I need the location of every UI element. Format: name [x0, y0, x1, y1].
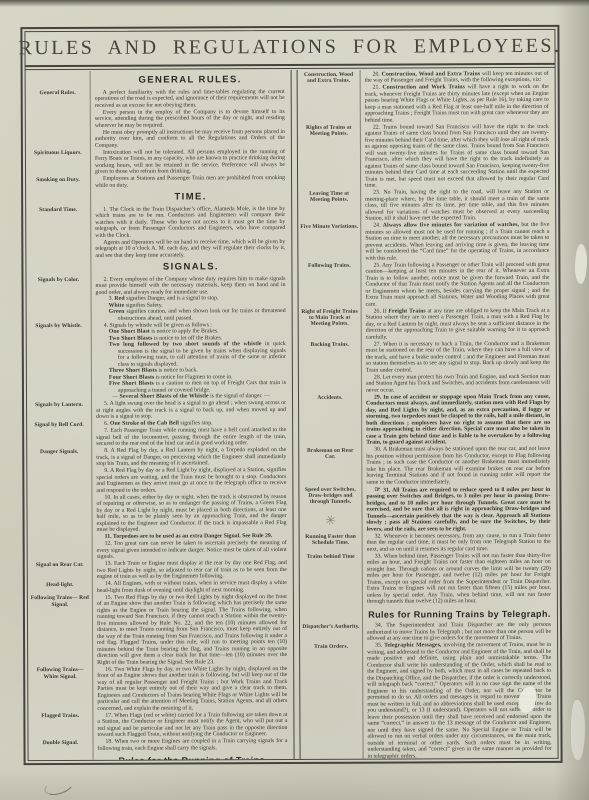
margin-label-cell: Backing Trains.: [299, 341, 361, 348]
rule-block: Two long followed by two short sounds of…: [27, 341, 292, 368]
rule-text: 7. Each Passenger Train while running mu…: [91, 427, 292, 447]
torn-edge-chip: [571, 700, 585, 760]
rule-text: GENERAL RULES.: [90, 71, 291, 89]
rule-text: 33. When behind time, Passenger Trains w…: [362, 552, 557, 605]
margin-label: Speed over Switches, Draw-bridges and th…: [301, 487, 359, 506]
margin-label-cell: Dispatcher’s Authority.: [300, 622, 362, 629]
margin-label: Following Trains— Red Signal.: [30, 595, 90, 608]
rule-block: Following Trains— White Signal. 16. Two …: [28, 665, 293, 712]
rule-text: 12. Too great care can never be taken to…: [92, 540, 293, 560]
margin-label: General Rules.: [28, 90, 88, 96]
rule-text: 8. A Red Flag by day, a Red Lantern by n…: [91, 447, 292, 467]
margin-label-cell: Danger Signals.: [27, 448, 91, 455]
rule-lead: Construction, Wood and Extra Trains: [382, 71, 481, 77]
rule-rest: is notice to apply the Brakes.: [150, 329, 219, 335]
rule-text: 25. Any Train following a Passenger or o…: [360, 261, 555, 307]
rule-rest: is the signal of danger. —: [209, 393, 270, 399]
margin-label: Signal on Rear Car.: [30, 562, 90, 568]
margin-label: Spirituous Liquors.: [28, 150, 88, 156]
rule-text: 34. The Superintendent and Train Dispatc…: [362, 622, 557, 642]
rule-text: 26. If Freight Trains at any time are ob…: [361, 307, 556, 340]
margin-label: Signals by Color.: [28, 277, 88, 283]
rule-rest: is notice to let off the Brakes.: [152, 335, 222, 341]
margin-label-cell: Smoking on Duty.: [26, 175, 90, 182]
pencil-scribble-mark: [42, 775, 75, 799]
rule-body: Rules for Running Trains by Telegraph.: [368, 608, 551, 619]
margin-label-cell: [27, 329, 91, 330]
rule-block: Accidents. 29. In case of accident or st…: [299, 393, 556, 447]
rule-text: 15. Two Red Flags by day or two Red Ligh…: [92, 594, 293, 666]
rule-lead: Freight Trains: [388, 308, 425, 314]
margin-label: Five Minute Variations.: [300, 223, 358, 229]
rule-rest: signifies Danger, and is a signal to sto…: [125, 295, 219, 301]
rule-lead: Two Short Blasts: [109, 335, 153, 341]
rule-body: 28. Let every man protect his own Train …: [366, 373, 550, 393]
rule-rest: is notice to back.: [157, 368, 198, 374]
rule-lead: Red: [114, 296, 124, 302]
page-title: RULES AND REGULATIONS FOR EMPLOYEES.: [18, 35, 561, 60]
rule-number: 26. If: [374, 308, 389, 314]
rule-text: Rules for Running Trains by Telegraph.: [362, 604, 557, 622]
margin-label-cell: [27, 428, 91, 429]
rule-block: Smoking on Duty. Employees at Stations a…: [26, 174, 291, 189]
margin-label: Backing Trains.: [301, 342, 359, 348]
rule-block: Backing Trains. 27. When it is necessary…: [299, 340, 556, 374]
rule-block: 21. Construction and Work Trains will ha…: [298, 83, 555, 124]
margin-label: Train Orders.: [302, 643, 360, 649]
rule-text: 27. When it is necessary to back a Train…: [361, 340, 556, 373]
rule-block: He must obey promptly all instructions h…: [26, 128, 291, 149]
rule-body: 18. When two or more Engines are coupled…: [98, 738, 288, 751]
left-column: GENERAL RULES. General Rules. A perfect …: [26, 70, 294, 760]
margin-label-cell: [28, 534, 92, 535]
margin-label-cell: [26, 72, 90, 73]
rule-text: 16. Two White Flags by day, or two White…: [92, 666, 293, 712]
margin-label: Following Trains.: [300, 263, 358, 269]
rule-text: 5. A light swung over the head is a sign…: [91, 400, 292, 420]
rule-lead: White: [109, 302, 125, 308]
rule-body: 8. A Red Flag by day, a Red Lantern by n…: [96, 447, 286, 467]
rule-text: 9. A Red Flag by day or a Red Light by n…: [91, 467, 292, 494]
margin-label-cell: Speed over Switches, Draw-bridges and th…: [299, 486, 361, 527]
rule-body: 10. In all cases, either by day or night…: [96, 494, 286, 533]
rule-body: SIGNALS.: [163, 261, 219, 272]
rule-body: Rules for the Running of Trains.: [118, 756, 267, 761]
rule-number: 20.: [373, 71, 382, 77]
margin-label-cell: [27, 309, 91, 310]
margin-label-cell: [26, 109, 90, 110]
rule-block: 10. In all cases, either by day or night…: [27, 493, 292, 534]
rule-block: TIME.: [26, 188, 291, 206]
rule-text: 10. In all cases, either by day or night…: [91, 494, 292, 534]
rule-number: 35.: [375, 643, 384, 649]
rule-block: Double Signal. 18. When two or more Engi…: [28, 738, 293, 753]
rule-block: Five Minute Variations. 24. Always allow…: [298, 221, 555, 262]
margin-label-cell: [27, 375, 91, 376]
margin-label: Leaving Time at Meeting Points.: [300, 190, 358, 203]
rule-text: 21. Construction and Work Trains will ha…: [360, 84, 555, 124]
margin-label-cell: [26, 239, 90, 240]
rule-text: 24. Always allow five minutes for variat…: [360, 222, 555, 262]
rule-block: 28. Let every man protect his own Train …: [299, 373, 556, 394]
rule-text: 20. Construction, Wood and Extra Trains …: [360, 70, 555, 84]
rule-block: Danger Signals. 8. A Red Flag by day, a …: [27, 447, 292, 468]
margin-label: Double Signal.: [31, 740, 91, 746]
rule-rest: signifies Safety.: [124, 302, 162, 308]
margin-label-cell: [27, 296, 91, 297]
right-column: Construction, Wood and Extra Trains. 20.…: [298, 69, 558, 759]
rule-text: TIME.: [90, 188, 291, 206]
margin-label: Flagged Trains.: [30, 713, 90, 719]
margin-label: Rights of Trains at Meeting Points.: [300, 125, 358, 138]
rule-body: A perfect familiarity with the rules and…: [95, 89, 285, 109]
margin-label-cell: Flagged Trains.: [28, 712, 92, 719]
rule-block: Brakeman on Rear Car. 30. A Brakeman mus…: [299, 445, 556, 486]
columns: GENERAL RULES. General Rules. A perfect …: [26, 69, 558, 760]
rule-block: Following Trains. 25. Any Train followin…: [298, 261, 555, 308]
rule-text: 30. A Brakeman must always be stationed …: [361, 446, 556, 486]
margin-label-cell: Trains behind Time: [300, 553, 362, 560]
rule-block: 9. A Red Flag by day or a Red Light by n…: [27, 467, 292, 495]
rule-text: Intoxication will not be tolerated. All …: [90, 149, 291, 176]
rule-text: 17. When Flags (red or white) carried fo…: [92, 712, 293, 739]
margin-label-cell: Signal on Rear Car.: [28, 561, 92, 568]
rule-number: 21.: [373, 85, 383, 91]
rule-text: Green signifies caution, and when shown …: [91, 308, 292, 322]
right-blocks: Construction, Wood and Extra Trains. 20.…: [298, 69, 558, 759]
rule-block: Green signifies caution, and when shown …: [27, 308, 292, 322]
rule-body: Agents and Operators will be on hand to …: [95, 239, 285, 259]
margin-label-cell: [27, 302, 91, 303]
margin-label-cell: Accidents.: [299, 394, 361, 401]
rule-body: 12. Too great care can never be taken to…: [97, 540, 287, 560]
rule-text: SIGNALS.: [90, 258, 291, 276]
margin-label: Construction, Wood and Extra Trains.: [300, 72, 358, 85]
rule-rest: signifies stop.: [179, 421, 213, 427]
rule-text: 14. All Engines, with or without trains,…: [92, 580, 293, 594]
margin-label-cell: Double Signal.: [28, 739, 92, 746]
rule-block: Agents and Operators will be on hand to …: [26, 238, 291, 259]
rule-body: 27. When it is necessary to back a Train…: [366, 340, 550, 373]
rule-block: Construction, Wood and Extra Trains. 20.…: [298, 70, 555, 85]
rule-lead: Telegraphic Messages,: [384, 642, 442, 648]
rule-body: 25. Any Train following a Passenger or o…: [365, 261, 549, 307]
rule-body: 22. Trains bound toward San Francisco wi…: [365, 123, 549, 188]
rule-block: Rights of Trains at Meeting Points. 22. …: [298, 123, 555, 190]
rule-body: 33. When behind time, Passenger Trains w…: [367, 552, 551, 604]
rule-block: Speed over Switches, Draw-bridges and th…: [299, 485, 556, 533]
margin-label-cell: [29, 752, 93, 753]
margin-label-cell: General Rules.: [26, 89, 90, 96]
rule-lead: One Short Blast: [109, 329, 150, 335]
rule-text: ☞ 31. All Trains are required to reduce …: [361, 485, 556, 532]
margin-label-cell: [27, 468, 91, 469]
rule-body: 30. A Brakeman must always be stationed …: [366, 446, 550, 485]
rule-text: 32. Whenever it becomes necessary, from …: [362, 532, 557, 552]
rule-block: Flagged Trains. 17. When Flags (red or w…: [28, 711, 293, 739]
rule-block: Running Faster than Schedule Time. 32. W…: [300, 532, 557, 553]
margin-label-cell: Following Trains— Red Signal.: [28, 594, 92, 608]
rule-block: Spirituous Liquors. Intoxication will no…: [26, 148, 291, 176]
rule-block: Every person in the employ of the Compan…: [26, 108, 291, 129]
rule-text: He must obey promptly all instructions h…: [90, 129, 291, 149]
margin-label-cell: [27, 342, 91, 343]
rule-block: 12. Too great care can never be taken to…: [28, 540, 293, 561]
margin-label: Running Faster than Schedule Time.: [302, 534, 360, 547]
margin-label: Accidents.: [301, 395, 359, 401]
margin-label-cell: Construction, Wood and Extra Trains.: [298, 71, 360, 85]
rule-body: 32. Whenever it becomes necessary, from …: [367, 532, 551, 552]
page-header: RULES AND REGULATIONS FOR EMPLOYEES.: [25, 30, 554, 65]
rule-body: 34. The Superintendent and Train Dispatc…: [367, 622, 551, 642]
margin-label-cell: Leaving Time at Meeting Points.: [298, 189, 360, 203]
margin-label-cell: Five Minute Variations.: [298, 222, 360, 229]
rule-block: SIGNALS.: [26, 258, 291, 276]
margin-label-cell: [300, 605, 362, 606]
rule-body: 9. A Red Flag by day or a Red Light by n…: [96, 467, 286, 493]
rule-body: 15. Two Red Flags by day or two Red Ligh…: [97, 594, 287, 666]
rule-block: Signals by Lantern. 5. A light swung ove…: [27, 400, 292, 421]
margin-label-cell: [27, 381, 91, 382]
rule-lead: Green: [109, 309, 125, 315]
rule-text: Agents and Operators will be on hand to …: [90, 238, 291, 258]
rule-text: Rules for the Running of Trains.: [93, 751, 294, 760]
rule-text: 28. Let every man protect his own Train …: [361, 373, 556, 393]
page-frame: RULES AND REGULATIONS FOR EMPLOYEES. GEN…: [20, 25, 562, 765]
rule-text: Employees at Stations and Passenger Trai…: [90, 175, 291, 189]
rule-body: 17. When Flags (red or white) carried fo…: [97, 712, 287, 738]
left-blocks: GENERAL RULES. General Rules. A perfect …: [26, 70, 294, 760]
margin-label-cell: Brakeman on Rear Car.: [299, 446, 361, 460]
rule-number: —: [112, 394, 119, 400]
rule-text: 1. The Clock in the Train Dispatcher’s o…: [90, 205, 291, 238]
margin-label: Right of Freight Trains to Main Track at…: [301, 309, 359, 328]
margin-label-cell: [26, 189, 90, 190]
rule-body: 14. All Engines, with or without trains,…: [97, 580, 287, 593]
margin-label-cell: Running Faster than Schedule Time.: [300, 533, 362, 547]
rule-text: A perfect familiarity with the rules and…: [90, 89, 291, 109]
rule-block: Trains behind Time 33. When behind time,…: [300, 552, 557, 606]
rule-lead: Construction and Work Trains: [383, 84, 465, 90]
pencil-star-mark: ✳: [301, 508, 360, 533]
margin-label-cell: Right of Freight Trains to Main Track at…: [299, 308, 361, 328]
margin-label-cell: Rights of Trains at Meeting Points.: [298, 124, 360, 138]
margin-label-cell: [26, 259, 90, 260]
margin-label-cell: [27, 494, 91, 495]
margin-label-cell: Spirituous Liquors.: [26, 149, 90, 156]
margin-label: Smoking on Duty.: [28, 176, 88, 182]
rule-body: 16. Two White Flags by day, or two White…: [97, 666, 287, 712]
margin-label-cell: Following Trains— White Signal.: [28, 666, 92, 680]
rule-body: 4. Signals by whistle will be given as f…: [104, 322, 212, 328]
rule-text: 29. In case of accident or stoppage upon…: [361, 393, 556, 446]
rule-text: Two long followed by two short sounds of…: [91, 341, 292, 368]
margin-label-cell: [299, 374, 361, 375]
rule-text: Five Short Blasts is a caution to men on…: [91, 380, 292, 394]
margin-label: Dispatcher’s Authority.: [302, 623, 360, 629]
photo-edge-shadow: [0, 0, 589, 7]
margin-label-cell: [298, 84, 360, 85]
margin-label-cell: Signals by Color.: [26, 276, 90, 283]
margin-label-cell: [26, 129, 90, 130]
rule-block: Signals by Color. 2. Every employee of t…: [26, 275, 291, 296]
margin-label: Signals by Lantern.: [29, 402, 89, 408]
rule-text: 13. Each Train or Engine must display at…: [92, 560, 293, 580]
margin-label-cell: [27, 368, 91, 369]
pointing-hand-icon: ☞: [374, 485, 383, 493]
rule-block: Head-light. 14. All Engines, with or wit…: [28, 580, 293, 595]
rule-body: 23. No Train, having the right to the ro…: [365, 189, 549, 222]
rule-rest: signifies caution, and when shown look o…: [118, 308, 286, 321]
rule-body: Employees at Stations and Passenger Trai…: [95, 175, 285, 188]
rule-body: GENERAL RULES.: [138, 74, 241, 85]
rule-lead: Several Short Blasts of the Whistle: [119, 394, 208, 400]
rule-block: General Rules. A perfect familiarity wit…: [26, 88, 291, 109]
margin-label-cell: Standard Time.: [26, 206, 90, 213]
rule-body: Intoxication will not be tolerated. All …: [95, 149, 285, 175]
page-frame-inner: RULES AND REGULATIONS FOR EMPLOYEES. GEN…: [24, 29, 558, 761]
rule-body: 13. Each Train or Engine must display at…: [97, 560, 287, 580]
rule-body: 1. The Clock in the Train Dispatcher’s o…: [95, 206, 285, 239]
rule-block: Leaving Time at Meeting Points. 23. No T…: [298, 188, 555, 222]
margin-label: Head-light.: [30, 582, 90, 588]
margin-label-cell: Signals by Lantern.: [27, 401, 91, 408]
rule-text: 6. One Stroke of the Cab Bell signifies …: [91, 420, 292, 427]
margin-label-cell: [27, 336, 91, 337]
rule-text: 18. When two or more Engines are coupled…: [93, 738, 294, 752]
rule-body: He must obey promptly all instructions h…: [95, 129, 285, 149]
margin-label-cell: Following Trains.: [298, 262, 360, 269]
rule-lead: One Stroke of the Cab Bell: [110, 421, 179, 427]
rule-text: Every person in the employ of the Compan…: [90, 109, 291, 129]
margin-label: Danger Signals.: [29, 449, 89, 455]
margin-label-cell: [27, 394, 91, 395]
rule-body: 2. Every employee of the Company whose d…: [96, 276, 286, 296]
rule-block: Signal on Rear Car. 13. Each Train or En…: [28, 560, 293, 581]
margin-label: Brakeman on Rear Car.: [301, 447, 359, 460]
margin-label: Standard Time.: [28, 207, 88, 213]
rule-block: Standard Time. 1. The Clock in the Train…: [26, 205, 291, 239]
margin-label-cell: Train Orders.: [300, 642, 362, 649]
torn-edge-chip: [575, 244, 587, 284]
rule-block: Following Trains— Red Signal. 15. Two Re…: [28, 593, 293, 666]
margin-label-cell: [28, 541, 92, 542]
rule-block: 7. Each Passenger Train while running mu…: [27, 427, 292, 448]
rule-block: Dispatcher’s Authority. 34. The Superint…: [300, 621, 557, 642]
rule-block: Rules for the Running of Trains.: [29, 751, 294, 760]
rule-block: Rules for Running Trains by Telegraph.: [300, 604, 557, 622]
margin-label: Following Trains— White Signal.: [30, 667, 90, 680]
rule-lead: Four Short Blasts: [109, 374, 154, 380]
rule-body: 5. A light swung over the head is a sign…: [96, 400, 286, 420]
rule-body: 29. In case of accident or stoppage upon…: [366, 393, 550, 445]
rule-text: 23. No Train, having the right to the ro…: [360, 189, 555, 222]
rule-text: 2. Every employee of the Company whose d…: [90, 275, 291, 295]
rule-block: GENERAL RULES.: [26, 71, 291, 89]
rule-body: 7. Each Passenger Train while running mu…: [96, 427, 286, 447]
rule-body: 31. All Trains are required to reduce sp…: [366, 486, 550, 532]
rule-body: Every person in the employ of the Compan…: [95, 109, 285, 129]
rule-lead: Five Short Blasts: [109, 381, 154, 387]
margin-label: Trains behind Time: [302, 554, 360, 560]
rule-text: 22. Trains bound toward San Francisco wi…: [360, 123, 555, 189]
rule-lead: Three Short Blasts: [109, 368, 157, 374]
rule-block: Right of Freight Trains to Main Track at…: [299, 307, 556, 341]
margin-label-cell: Head-light.: [28, 581, 92, 588]
rule-body: TIME.: [174, 191, 206, 202]
